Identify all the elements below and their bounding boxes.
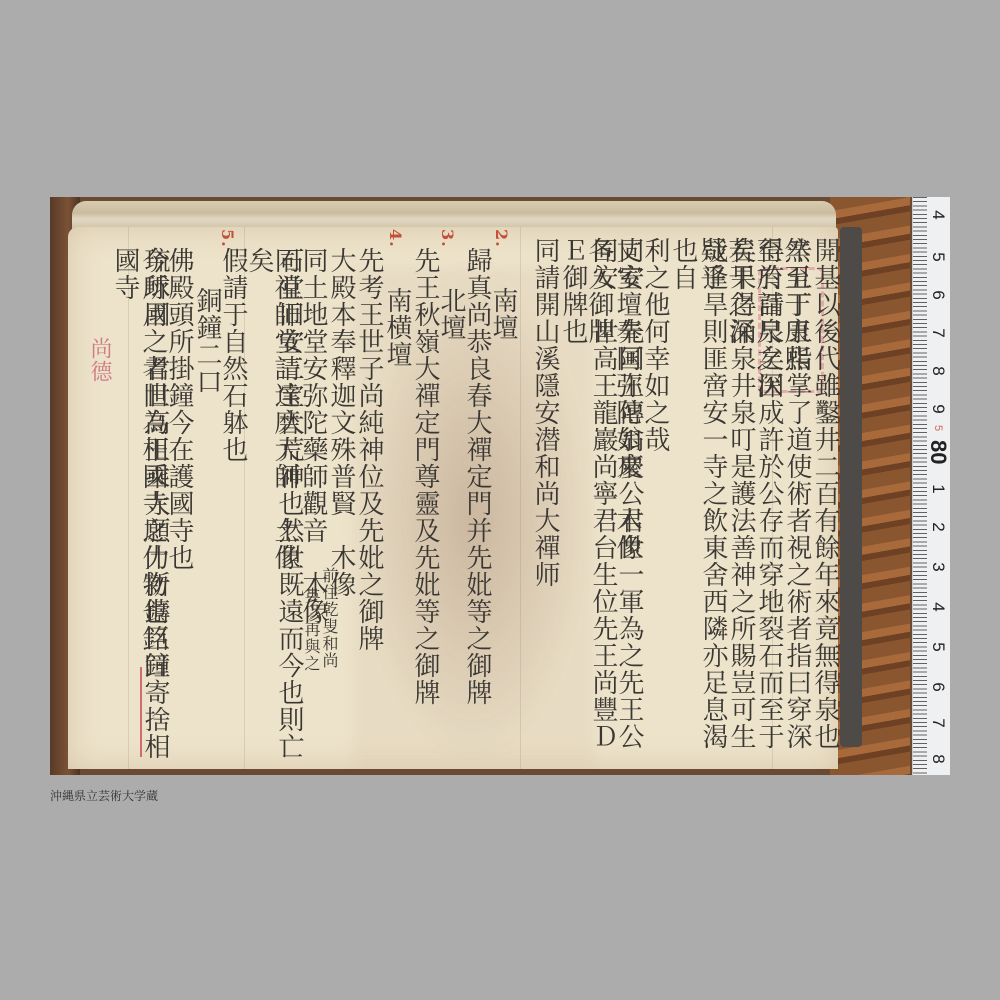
ruler-label: 8 <box>928 361 948 381</box>
ruler-label: 80 <box>925 440 950 460</box>
annotation-note: 前住乾叟和尚 <box>320 567 338 669</box>
ruler-label: 4 <box>928 205 948 225</box>
manuscript-page: 開基以後代雖鑿井二百有餘年來竟無得泉也然至于康熙 辛丑丁丑指掌了道使術者視之術者… <box>68 227 838 769</box>
text-column: 歸真尚恭良春大禪定門并先妣等之御牌 <box>462 247 492 706</box>
red-section-mark: 2. <box>492 229 510 248</box>
text-column: 哉逢旱則匪啻安一寺之飲東舍西隣亦足息渴也自 <box>668 237 728 769</box>
annotation-note: 婁以再與之 <box>302 587 320 672</box>
text-column: 石堂旧安三宝大荒神也然世既遠而今也則亡矣 <box>244 247 304 769</box>
text-column: 先王秋嶺大禪定門尊靈及先妣等之御牌 <box>410 247 440 706</box>
red-section-mark: 5. <box>218 229 236 248</box>
ruler-label: 5 <box>928 247 948 267</box>
ruler-label-red: 5 <box>932 418 944 438</box>
ruler-label: 4 <box>928 597 948 617</box>
ruler-label: 2 <box>928 517 948 537</box>
ruler-label: 1 <box>928 479 948 499</box>
image-credit-caption: 沖縄県立芸術大学蔵 <box>50 787 158 804</box>
text-column: 銅鐘二口 <box>192 287 222 395</box>
ruler-label: 7 <box>928 323 948 343</box>
binding-shadow <box>840 227 862 747</box>
red-correction-line <box>140 667 142 757</box>
ruler-label: 6 <box>928 677 948 697</box>
ruler-ticks <box>913 197 927 775</box>
text-column: 利之他何幸如之哉 <box>640 237 670 453</box>
red-section-mark: 4. <box>386 229 404 248</box>
ruler-label: 5 <box>928 637 948 657</box>
text-column-heading: 南壇 <box>488 287 518 341</box>
text-column: 先考王世子尚純神位及先妣之御牌 <box>354 247 384 652</box>
ruler-label: 6 <box>928 285 948 305</box>
text-column-heading: 北壇 <box>436 287 466 341</box>
text-column: 大殿本奉釋迦文殊普賢 木像 <box>326 247 356 598</box>
red-section-mark: 3. <box>438 229 456 248</box>
measuring-ruler: 4 5 6 7 8 9 5 80 1 2 3 4 5 6 7 8 <box>912 197 950 775</box>
ruler-label: 7 <box>928 713 948 733</box>
red-side-note: 尚德 <box>84 337 114 383</box>
text-column: 同請開山溪隱安潜和尚大禪师 <box>530 237 560 588</box>
ruler-label: 8 <box>928 749 948 769</box>
ruler-label: 9 <box>928 399 948 419</box>
text-column-heading: 南横壇 <box>382 287 412 368</box>
text-column: 同安 世高王龍巖尚寧君台生位先王尚豐ＤＥ御牌也 <box>558 237 618 769</box>
manuscript-photo: 開基以後代雖鑿井二百有餘年來竟無得泉也然至于康熙 辛丑丁丑指掌了道使術者視之術者… <box>50 197 950 775</box>
text-column: 假請于自然石躰也 <box>218 247 248 463</box>
ruler-label: 3 <box>928 557 948 577</box>
